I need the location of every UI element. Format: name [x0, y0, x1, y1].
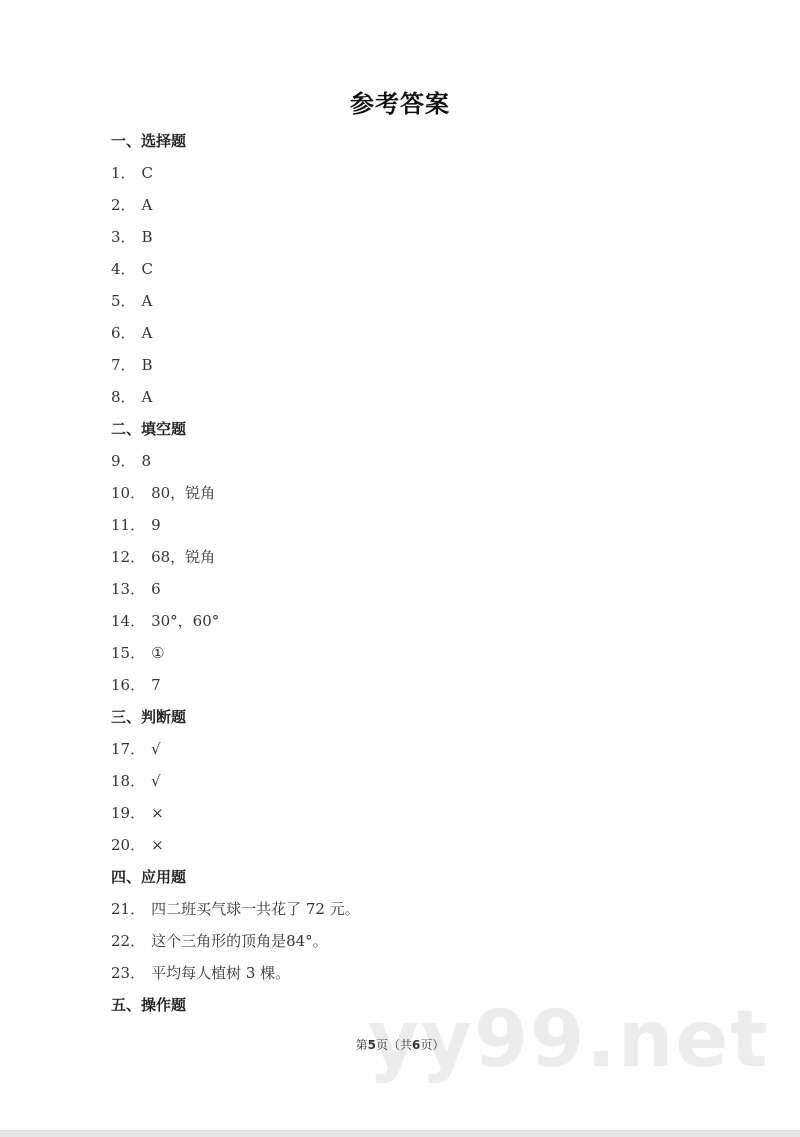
item-number: 23．	[111, 963, 145, 983]
answer-item: 9．8	[111, 451, 151, 471]
section-heading-true-false: 三、判断题	[111, 707, 186, 727]
item-number: 20．	[111, 835, 145, 855]
page-separator	[0, 1130, 800, 1137]
item-answer: A	[142, 324, 153, 342]
item-answer: 四二班买气球一共花了 72 元。	[151, 900, 360, 918]
item-answer: 6	[151, 580, 161, 598]
item-answer: √	[151, 740, 161, 758]
item-number: 12．	[111, 547, 145, 567]
item-answer: 68，锐角	[151, 548, 215, 566]
answer-item: 19．×	[111, 803, 164, 823]
item-answer: C	[142, 164, 153, 182]
answer-item: 3．B	[111, 227, 153, 247]
document-page: 参考答案 一、选择题 1．C 2．A 3．B 4．C 5．A 6．A 7．B 8…	[0, 0, 800, 1130]
section-heading-application: 四、应用题	[111, 867, 186, 887]
answer-item: 10．80，锐角	[111, 483, 215, 503]
item-answer: 8	[142, 452, 152, 470]
item-answer: 30°，60°	[151, 612, 219, 630]
item-answer: ①	[151, 644, 164, 662]
item-answer: √	[151, 772, 161, 790]
footer-suffix: 页）	[420, 1038, 444, 1052]
item-number: 17．	[111, 739, 145, 759]
answer-item: 17．√	[111, 739, 161, 759]
item-answer: A	[142, 292, 153, 310]
item-number: 5．	[111, 291, 136, 311]
footer-page-number: 5	[368, 1038, 376, 1052]
item-number: 2．	[111, 195, 136, 215]
section-heading-choice: 一、选择题	[111, 131, 186, 151]
answer-item: 11．9	[111, 515, 161, 535]
item-number: 4．	[111, 259, 136, 279]
answer-item: 6．A	[111, 323, 152, 343]
answer-item: 23．平均每人植树 3 棵。	[111, 963, 290, 983]
answer-item: 8．A	[111, 387, 152, 407]
item-number: 22．	[111, 931, 145, 951]
item-number: 13．	[111, 579, 145, 599]
answer-item: 13．6	[111, 579, 161, 599]
answer-item: 7．B	[111, 355, 153, 375]
answer-item: 2．A	[111, 195, 152, 215]
item-number: 8．	[111, 387, 136, 407]
section-heading-operation: 五、操作题	[111, 995, 186, 1015]
answer-item: 15．①	[111, 643, 165, 663]
item-answer: B	[142, 356, 153, 374]
item-number: 21．	[111, 899, 145, 919]
item-answer: A	[142, 196, 153, 214]
item-answer: ×	[151, 836, 164, 854]
item-number: 14．	[111, 611, 145, 631]
page-title: 参考答案	[0, 84, 800, 119]
section-heading-fill-blank: 二、填空题	[111, 419, 186, 439]
footer-mid: 页（共	[376, 1038, 412, 1052]
item-answer: B	[142, 228, 153, 246]
item-answer: 9	[151, 516, 161, 534]
item-number: 3．	[111, 227, 136, 247]
item-number: 15．	[111, 643, 145, 663]
item-answer: 这个三角形的顶角是84°。	[151, 932, 328, 950]
item-answer: 80，锐角	[151, 484, 215, 502]
footer-prefix: 第	[356, 1038, 368, 1052]
answer-item: 16．7	[111, 675, 161, 695]
item-number: 7．	[111, 355, 136, 375]
item-number: 18．	[111, 771, 145, 791]
item-number: 6．	[111, 323, 136, 343]
item-answer: ×	[151, 804, 164, 822]
item-number: 1．	[111, 163, 136, 183]
answer-item: 4．C	[111, 259, 153, 279]
item-answer: 平均每人植树 3 棵。	[151, 964, 290, 982]
answer-item: 14．30°，60°	[111, 611, 219, 631]
page-footer: 第5页（共6页）	[0, 1036, 800, 1053]
item-answer: A	[142, 388, 153, 406]
item-number: 9．	[111, 451, 136, 471]
item-number: 10．	[111, 483, 145, 503]
answer-item: 1．C	[111, 163, 153, 183]
item-number: 19．	[111, 803, 145, 823]
answer-item: 12．68，锐角	[111, 547, 215, 567]
answer-item: 21．四二班买气球一共花了 72 元。	[111, 899, 360, 919]
answer-item: 20．×	[111, 835, 164, 855]
item-answer: 7	[151, 676, 161, 694]
item-answer: C	[142, 260, 153, 278]
item-number: 11．	[111, 515, 145, 535]
item-number: 16．	[111, 675, 145, 695]
answer-item: 22．这个三角形的顶角是84°。	[111, 931, 328, 951]
answer-item: 18．√	[111, 771, 161, 791]
answer-item: 5．A	[111, 291, 152, 311]
